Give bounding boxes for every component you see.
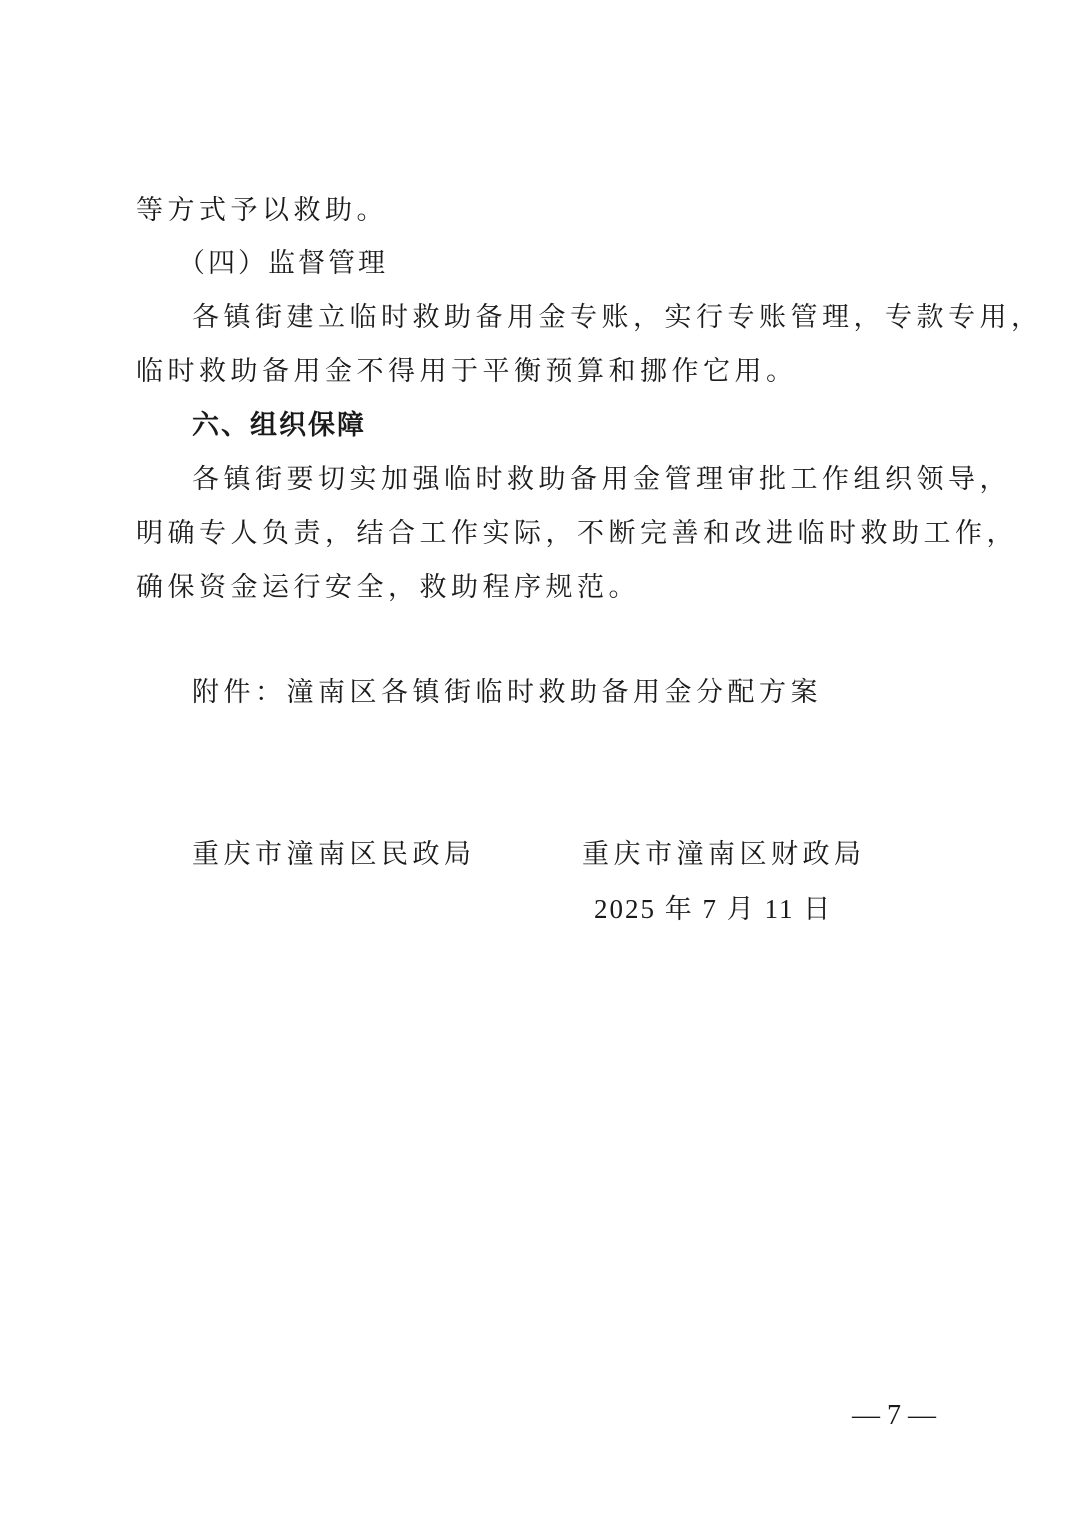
page-number: — 7 — [852, 1400, 936, 1432]
section-subheading-supervision: （四）监督管理 [178, 247, 388, 281]
paragraph-supervision-line2: 临时救助备用金不得用于平衡预算和挪作它用。 [136, 355, 798, 389]
signature-civil-affairs-bureau: 重庆市潼南区民政局 [192, 838, 476, 872]
section-heading-organization: 六、组织保障 [192, 409, 366, 443]
paragraph-supervision-line1: 各镇街建立临时救助备用金专账，实行专账管理，专款专用， [192, 301, 1043, 335]
paragraph-continuation: 等方式予以救助。 [136, 194, 388, 228]
issue-date: 2025 年 7 月 11 日 [594, 892, 832, 926]
signature-finance-bureau: 重庆市潼南区财政局 [582, 838, 866, 872]
paragraph-organization-line2: 明确专人负责，结合工作实际，不断完善和改进临时救助工作， [136, 517, 1018, 551]
paragraph-organization-line3: 确保资金运行安全，救助程序规范。 [136, 571, 640, 605]
paragraph-organization-line1: 各镇街要切实加强临时救助备用金管理审批工作组织领导， [192, 463, 1011, 497]
attachment-note: 附件：潼南区各镇街临时救助备用金分配方案 [192, 676, 822, 710]
